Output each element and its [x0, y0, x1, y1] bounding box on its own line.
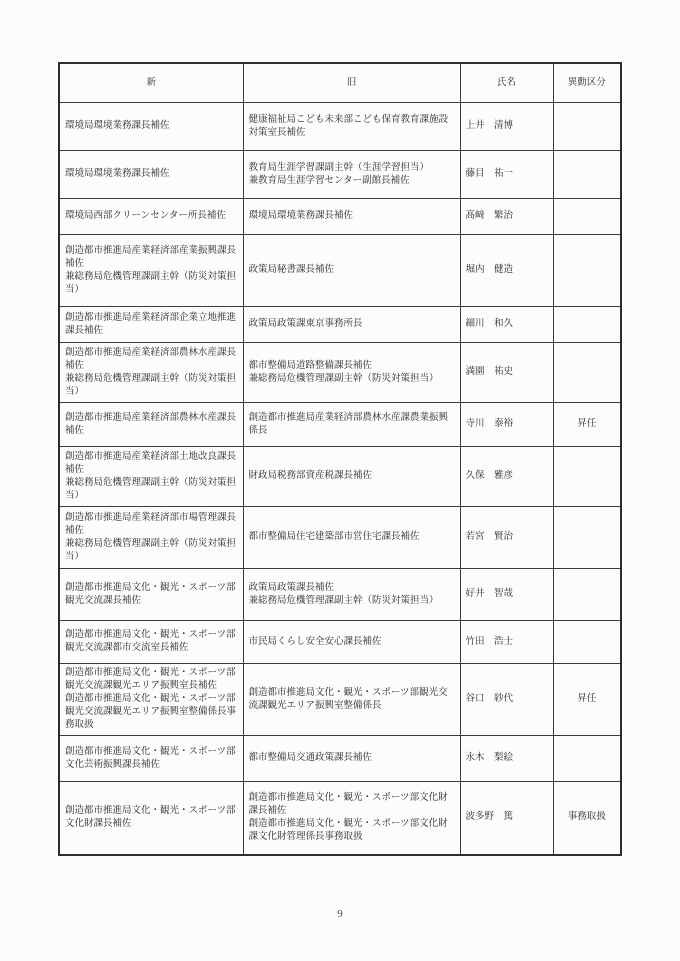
cell-person-name: 満園 祐史	[460, 343, 553, 403]
cell-new-position: 創造都市推進局文化・観光・スポーツ部文化芸術振興課長補佐	[59, 736, 243, 782]
cell-change-category	[553, 343, 621, 403]
cell-change-category	[553, 621, 621, 664]
cell-change-category	[553, 507, 621, 569]
table-row: 創造都市推進局産業経済部産業振興課長補佐 兼総務局危機管理課副主幹（防災対策担当…	[59, 235, 621, 307]
table-row: 創造都市推進局文化・観光・スポーツ部観光交流課都市交流室長補佐 市民局くらし安全…	[59, 621, 621, 664]
cell-new-position: 創造都市推進局産業経済部土地改良課長補佐 兼総務局危機管理課副主幹（防災対策担当…	[59, 447, 243, 507]
cell-new-position: 創造都市推進局文化・観光・スポーツ部観光交流課都市交流室長補佐	[59, 621, 243, 664]
table-body: 環境局環境業務課長補佐 健康福祉局こども未来部こども保育教育課施設対策室長補佐 …	[59, 103, 621, 855]
cell-old-position: 創造都市推進局文化・観光・スポーツ部文化財課長補佐 創造都市推進局文化・観光・ス…	[243, 782, 460, 855]
cell-new-position: 環境局環境業務課長補佐	[59, 151, 243, 199]
cell-change-category	[553, 235, 621, 307]
header-name: 氏名	[460, 63, 553, 103]
cell-old-position: 創造都市推進局産業経済部農林水産課農業振興係長	[243, 403, 460, 447]
cell-old-position: 環境局環境業務課長補佐	[243, 199, 460, 235]
cell-person-name: 久保 雅彦	[460, 447, 553, 507]
cell-change-category	[553, 199, 621, 235]
table-row: 創造都市推進局文化・観光・スポーツ部観光交流課長補佐 政策局政策課長補佐 兼総務…	[59, 569, 621, 621]
cell-person-name: 好井 智哉	[460, 569, 553, 621]
table-row: 創造都市推進局産業経済部農林水産課長補佐 創造都市推進局産業経済部農林水産課農業…	[59, 403, 621, 447]
cell-new-position: 創造都市推進局産業経済部農林水産課長補佐	[59, 403, 243, 447]
cell-old-position: 教育局生涯学習課副主幹（生涯学習担当） 兼教育局生涯学習センター副館長補佐	[243, 151, 460, 199]
cell-person-name: 上井 清博	[460, 103, 553, 151]
cell-old-position: 都市整備局道路整備課長補佐 兼総務局危機管理課副主幹（防災対策担当）	[243, 343, 460, 403]
cell-change-category: 事務取扱	[553, 782, 621, 855]
page-number: 9	[0, 908, 680, 920]
personnel-change-table: 新 旧 氏名 異動区分 環境局環境業務課長補佐 健康福祉局こども未来部こども保育…	[58, 62, 622, 856]
cell-person-name: 谷口 紗代	[460, 664, 553, 736]
cell-person-name: 藤目 祐一	[460, 151, 553, 199]
table-row: 創造都市推進局産業経済部農林水産課長補佐 兼総務局危機管理課副主幹（防災対策担当…	[59, 343, 621, 403]
table-row: 創造都市推進局産業経済部企業立地推進課長補佐 政策局政策課東京事務所長 細川 和…	[59, 307, 621, 343]
header-category: 異動区分	[553, 63, 621, 103]
cell-change-category	[553, 151, 621, 199]
cell-old-position: 政策局政策課長補佐 兼総務局危機管理課副主幹（防災対策担当）	[243, 569, 460, 621]
cell-change-category	[553, 447, 621, 507]
cell-change-category: 昇任	[553, 664, 621, 736]
header-row: 新 旧 氏名 異動区分	[59, 63, 621, 103]
table-row: 創造都市推進局産業経済部土地改良課長補佐 兼総務局危機管理課副主幹（防災対策担当…	[59, 447, 621, 507]
cell-old-position: 政策局政策課東京事務所長	[243, 307, 460, 343]
table-row: 環境局西部クリーンセンター所長補佐 環境局環境業務課長補佐 髙﨑 繁治	[59, 199, 621, 235]
cell-person-name: 細川 和久	[460, 307, 553, 343]
table-row: 環境局環境業務課長補佐 教育局生涯学習課副主幹（生涯学習担当） 兼教育局生涯学習…	[59, 151, 621, 199]
cell-person-name: 髙﨑 繁治	[460, 199, 553, 235]
cell-person-name: 竹田 浩士	[460, 621, 553, 664]
header-old: 旧	[243, 63, 460, 103]
cell-new-position: 創造都市推進局産業経済部農林水産課長補佐 兼総務局危機管理課副主幹（防災対策担当…	[59, 343, 243, 403]
cell-change-category	[553, 103, 621, 151]
table-row: 創造都市推進局文化・観光・スポーツ部観光交流課観光エリア振興室長補佐 創造都市推…	[59, 664, 621, 736]
cell-new-position: 創造都市推進局文化・観光・スポーツ部文化財課長補佐	[59, 782, 243, 855]
cell-change-category	[553, 569, 621, 621]
cell-old-position: 創造都市推進局文化・観光・スポーツ部観光交流課観光エリア振興室整備係長	[243, 664, 460, 736]
table-row: 創造都市推進局産業経済部市場管理課長補佐 兼総務局危機管理課副主幹（防災対策担当…	[59, 507, 621, 569]
cell-person-name: 波多野 篤	[460, 782, 553, 855]
cell-change-category	[553, 736, 621, 782]
document-page: { "page": { "page_number": "9" }, "color…	[0, 0, 680, 961]
cell-old-position: 健康福祉局こども未来部こども保育教育課施設対策室長補佐	[243, 103, 460, 151]
cell-change-category: 昇任	[553, 403, 621, 447]
cell-person-name: 永木 梨絵	[460, 736, 553, 782]
cell-new-position: 創造都市推進局産業経済部産業振興課長補佐 兼総務局危機管理課副主幹（防災対策担当…	[59, 235, 243, 307]
cell-old-position: 都市整備局交通政策課長補佐	[243, 736, 460, 782]
table-row: 創造都市推進局文化・観光・スポーツ部文化財課長補佐 創造都市推進局文化・観光・ス…	[59, 782, 621, 855]
cell-new-position: 環境局環境業務課長補佐	[59, 103, 243, 151]
cell-old-position: 都市整備局住宅建築部市営住宅課長補佐	[243, 507, 460, 569]
cell-old-position: 市民局くらし安全安心課長補佐	[243, 621, 460, 664]
table-row: 創造都市推進局文化・観光・スポーツ部文化芸術振興課長補佐 都市整備局交通政策課長…	[59, 736, 621, 782]
header-new: 新	[59, 63, 243, 103]
cell-new-position: 創造都市推進局文化・観光・スポーツ部観光交流課観光エリア振興室長補佐 創造都市推…	[59, 664, 243, 736]
cell-old-position: 財政局税務部資産税課長補佐	[243, 447, 460, 507]
table-row: 環境局環境業務課長補佐 健康福祉局こども未来部こども保育教育課施設対策室長補佐 …	[59, 103, 621, 151]
cell-new-position: 創造都市推進局産業経済部市場管理課長補佐 兼総務局危機管理課副主幹（防災対策担当…	[59, 507, 243, 569]
cell-new-position: 創造都市推進局文化・観光・スポーツ部観光交流課長補佐	[59, 569, 243, 621]
cell-person-name: 寺川 泰裕	[460, 403, 553, 447]
cell-person-name: 堀内 健造	[460, 235, 553, 307]
cell-old-position: 政策局秘書課長補佐	[243, 235, 460, 307]
cell-change-category	[553, 307, 621, 343]
cell-new-position: 創造都市推進局産業経済部企業立地推進課長補佐	[59, 307, 243, 343]
table-header: 新 旧 氏名 異動区分	[59, 63, 621, 103]
cell-new-position: 環境局西部クリーンセンター所長補佐	[59, 199, 243, 235]
cell-person-name: 若宮 賢治	[460, 507, 553, 569]
